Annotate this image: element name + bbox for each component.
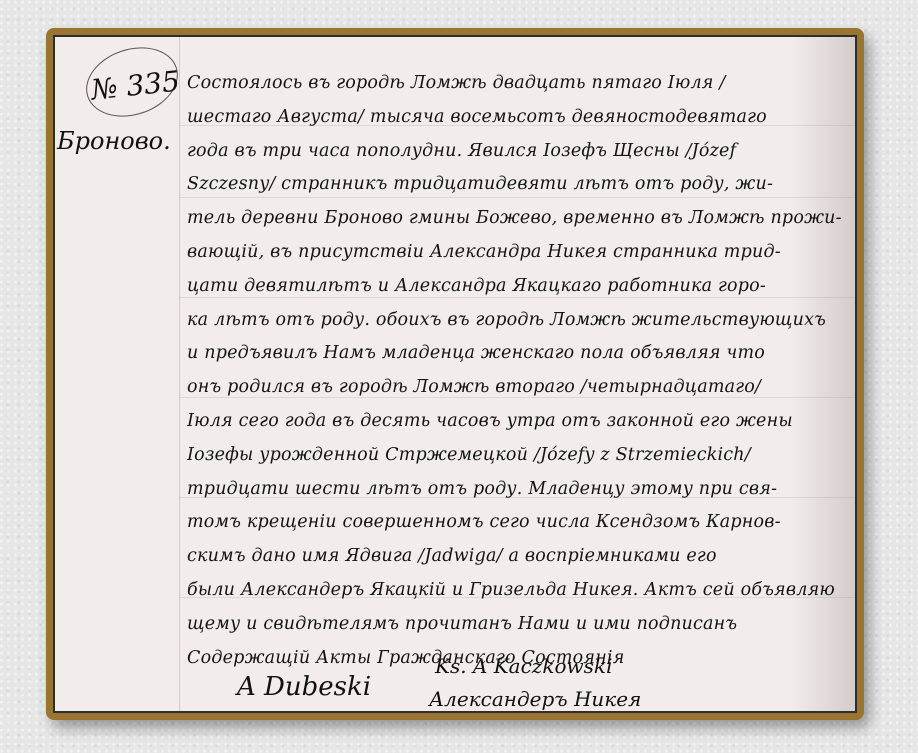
record-body: Состоялось въ городѣ Ломжѣ двадцать пята…: [187, 67, 843, 675]
text-line: вающій, въ присутствіи Александра Никея …: [187, 236, 843, 270]
text-line: Іозефы урожденной Стржемецкой /Józefy z …: [187, 439, 843, 473]
document-scan: № 335 Броново. Состоялось въ городѣ Ломж…: [53, 35, 857, 713]
text-line: года въ три часа пополудни. Явился Іозеф…: [187, 135, 843, 169]
margin-place-name: Броново.: [57, 127, 171, 155]
text-line: шестаго Августа/ тысяча восемьсотъ девян…: [187, 101, 843, 135]
text-line: скимъ дано имя Ядвига /Jadwiga/ а воспрі…: [187, 540, 843, 574]
text-line: щему и свидѣтелямъ прочитанъ Нами и ими …: [187, 608, 843, 642]
text-line: Іюля сего года въ десять часовъ утра отъ…: [187, 405, 843, 439]
signature-witness: Александеръ Никея: [429, 687, 641, 711]
picture-frame: № 335 Броново. Состоялось въ городѣ Ломж…: [46, 28, 864, 720]
signature-priest: Ks. A Kaczkowski: [435, 654, 612, 678]
text-line: Состоялось въ городѣ Ломжѣ двадцать пята…: [187, 67, 843, 101]
text-line: томъ крещеніи совершенномъ сего числа Кс…: [187, 506, 843, 540]
text-line: тель деревни Броново гмины Божево, време…: [187, 202, 843, 236]
text-line: ка лѣтъ отъ роду. обоихъ въ городѣ Ломжѣ…: [187, 304, 843, 338]
text-line: и предъявилъ Намъ младенца женскаго пола…: [187, 337, 843, 371]
text-line: цати девятилѣтъ и Александра Якацкаго ра…: [187, 270, 843, 304]
signature-registrar: A Dubeski: [237, 672, 371, 702]
text-line: Szczesny/ странникъ тридцатидевяти лѣтъ …: [187, 168, 843, 202]
text-line: были Александеръ Якацкій и Гризельда Ник…: [187, 574, 843, 608]
text-line: онъ родился въ городѣ Ломжѣ втораго /чет…: [187, 371, 843, 405]
margin-rule: [179, 37, 180, 711]
text-line: тридцати шести лѣтъ отъ роду. Младенцу э…: [187, 473, 843, 507]
